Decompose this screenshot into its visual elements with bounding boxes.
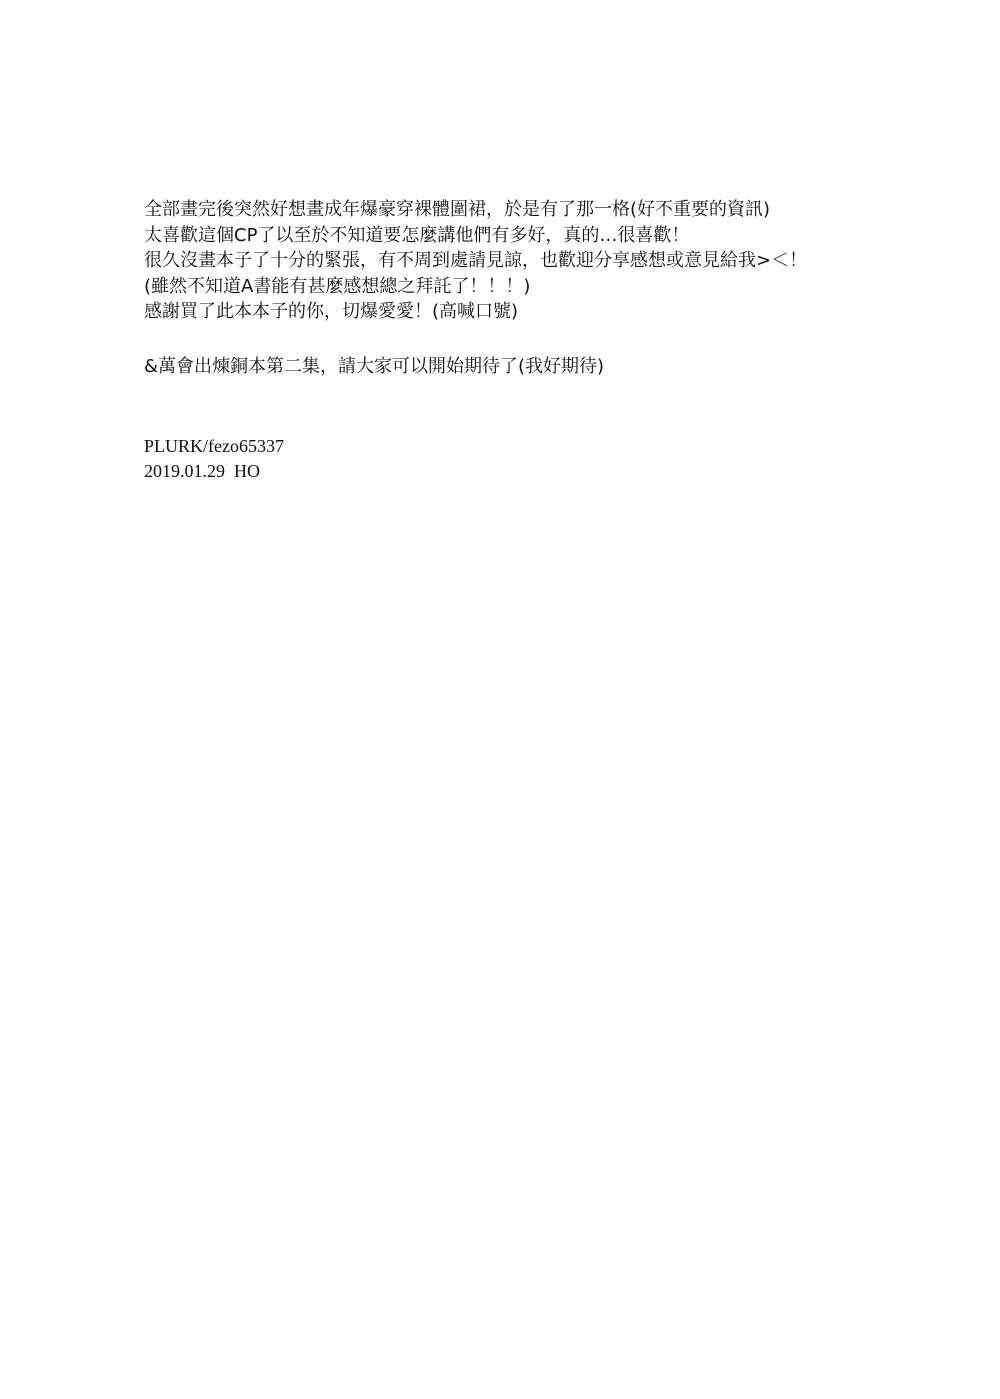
afterword-page: 全部畫完後突然好想畫成年爆豪穿裸體圍裙，於是有了那一格(好不重要的資訊) 太喜歡…: [0, 0, 1000, 1399]
text-line: &萬會出煉銅本第二集，請大家可以開始期待了(我好期待): [144, 354, 604, 380]
text-line: 全部畫完後突然好想畫成年爆豪穿裸體圍裙，於是有了那一格(好不重要的資訊): [144, 197, 807, 223]
signature-block: PLURK/fezo65337 2019.01.29 HO: [144, 434, 284, 484]
text-line: 很久沒畫本子了十分的緊張，有不周到處請見諒，也歡迎分享感想或意見給我>＜！: [144, 248, 807, 274]
plurk-handle: PLURK/fezo65337: [144, 434, 284, 459]
text-line: 太喜歡這個CP了以至於不知道要怎麼講他們有多好，真的…很喜歡！: [144, 223, 807, 249]
text-line: 感謝買了此本本子的你，切爆愛愛！(高喊口號): [144, 299, 807, 325]
text-line: (雖然不知道A書能有甚麼感想總之拜託了！！！): [144, 274, 807, 300]
announcement-paragraph: &萬會出煉銅本第二集，請大家可以開始期待了(我好期待): [144, 354, 604, 380]
date-author: 2019.01.29 HO: [144, 459, 284, 484]
afterword-paragraph: 全部畫完後突然好想畫成年爆豪穿裸體圍裙，於是有了那一格(好不重要的資訊) 太喜歡…: [144, 197, 807, 325]
